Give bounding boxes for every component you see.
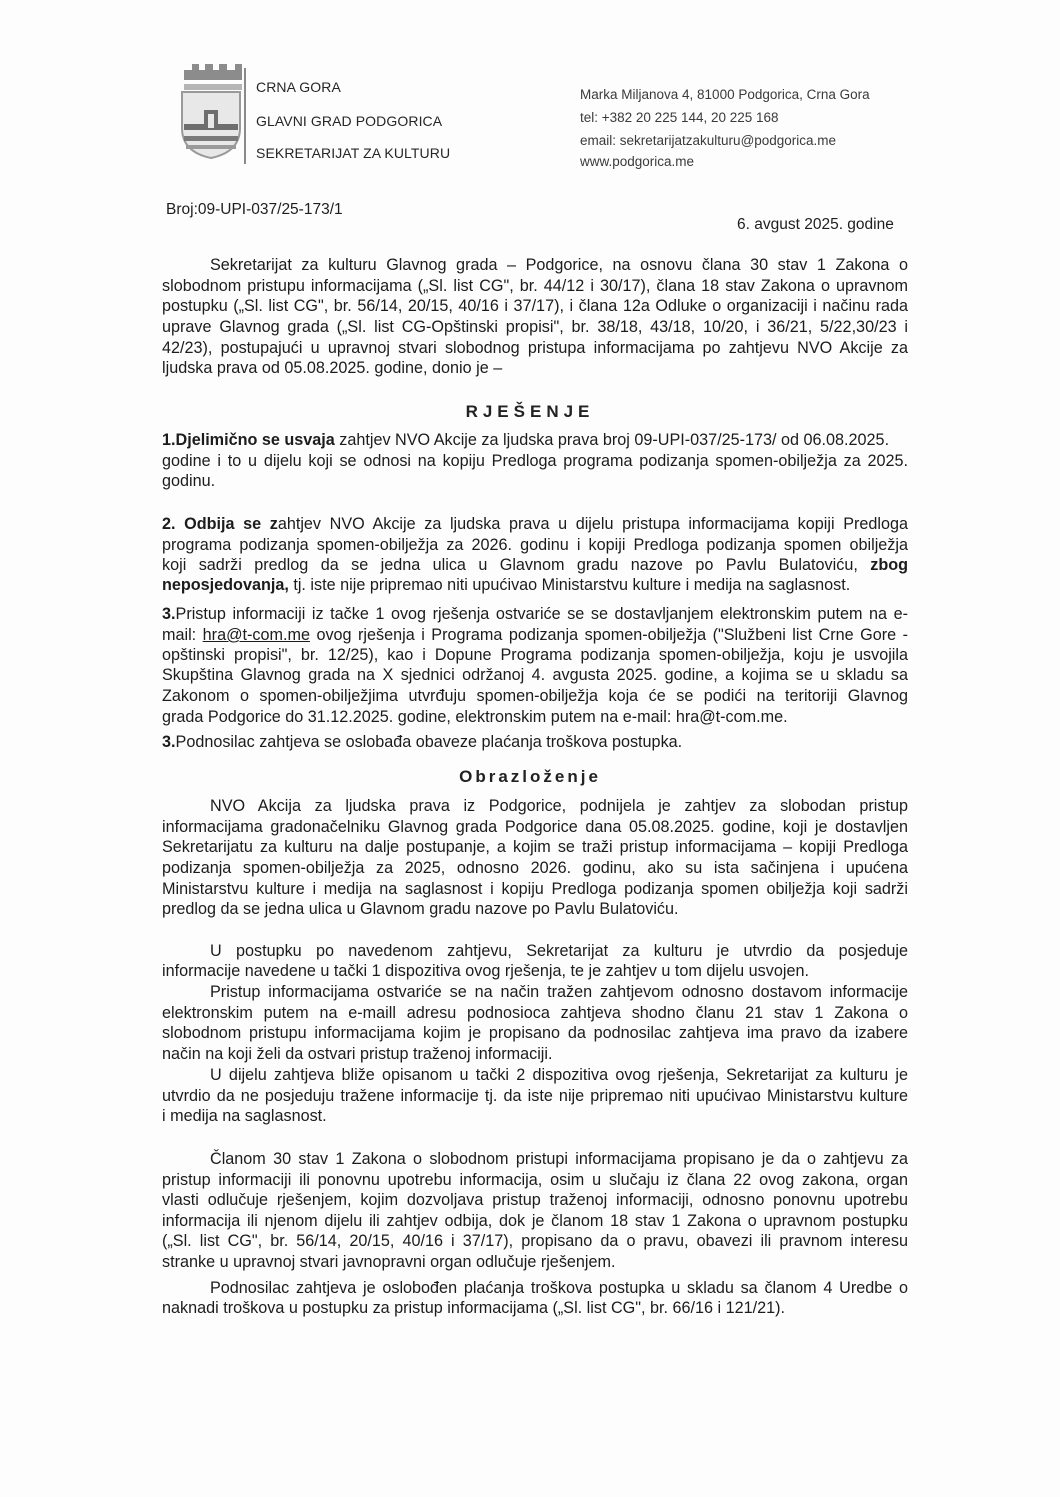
org-city: GLAVNI GRAD PODGORICA [256, 113, 442, 129]
point-1-line: godinu. [162, 472, 908, 490]
point-1-bold: 1.Djelimično se usvaja [162, 431, 335, 449]
point-3-line: opštinski propisi", br. 12/25), kao i Do… [162, 646, 908, 664]
email-link[interactable]: hra@t-com.me [203, 626, 310, 644]
reasoning-line: predlog da se jedna ulica u Glavnom grad… [162, 900, 908, 918]
contact-address: Marka Miljanova 4, 81000 Podgorica, Crna… [580, 87, 870, 102]
reasoning-line: Sekretarijatu za kulturu na dalje postup… [162, 838, 908, 856]
document-date: 6. avgust 2025. godine [737, 216, 894, 234]
reasoning-line: slobodnom pristupu informacijama kojim j… [162, 1024, 908, 1042]
reasoning-line: elektronskim putem na e-maill adresu pod… [162, 1004, 908, 1022]
point-3-line: Zakonom o spomen-obilježjima utvrđuju sp… [162, 687, 908, 705]
reasoning-heading: Obrazloženje [0, 767, 1060, 787]
point-3-line: 3.Pristup informaciji iz tačke 1 ovog rj… [162, 605, 908, 623]
reasoning-line: podizanja spomen-obilježja za 2025, odno… [162, 859, 908, 877]
org-secretariat: SEKRETARIJAT ZA KULTURU [256, 145, 450, 161]
reasoning-line: NVO Akcija za ljudska prava iz Podgorice… [162, 797, 908, 815]
point-3-line: mail: hra@t-com.me ovog rješenja i Progr… [162, 626, 908, 644]
reasoning-line: vlasti odlučuje rješenjem, kojim dozvolj… [162, 1191, 908, 1209]
decision-heading: RJEŠENJE [0, 402, 1060, 422]
reasoning-line: Podnosilac zahtjeva je oslobođen plaćanj… [162, 1279, 908, 1297]
org-country: CRNA GORA [256, 79, 341, 95]
reasoning-line: informacijama gradonačelniku Glavnog gra… [162, 818, 908, 836]
reasoning-line: naknadi troškova u postupku za pristup i… [162, 1299, 908, 1317]
point-1-line: 1.Djelimično se usvaja zahtjev NVO Akcij… [162, 431, 908, 449]
coat-of-arms-icon [178, 62, 244, 160]
reasoning-line: Članom 30 stav 1 Zakona o slobodnom pris… [162, 1150, 908, 1168]
point-2-line: neposjedovanja, tj. iste nije pripremao … [162, 576, 908, 594]
intro-line: slobodnom pristupu informacijama („Sl. l… [162, 277, 908, 295]
reasoning-line: („Sl. list CG", br. 56/14, 20/15, 40/16 … [162, 1232, 908, 1250]
contact-website: www.podgorica.me [580, 154, 694, 169]
document-number: Broj:09-UPI-037/25-173/1 [166, 201, 343, 219]
contact-tel: tel: +382 20 225 144, 20 225 168 [580, 110, 779, 125]
point-2-bold: 2. Odbija se z [162, 515, 278, 533]
reasoning-line: utvrdio da ne posjeduju tražene informac… [162, 1087, 908, 1105]
point-3-line: Skupština Glavnog grada na X sjednici od… [162, 666, 908, 684]
intro-line: uprave Glavnog grada („Sl. list CG-Opšti… [162, 318, 908, 336]
point-1-line: godine i to u dijelu koji se odnosi na k… [162, 452, 908, 470]
point-3-line: grada Podgorice do 31.12.2025. godine, e… [162, 708, 908, 726]
reasoning-line: i medija na saglasnost. [162, 1107, 908, 1125]
contact-email: email: sekretarijatzakulturu@podgorica.m… [580, 133, 836, 148]
intro-line: ljudska prava od 05.08.2025. godine, don… [162, 359, 908, 377]
point-2-line: programa podizanja spomen-obilježja za 2… [162, 536, 908, 554]
point-2-line: 2. Odbija se zahtjev NVO Akcije za ljuds… [162, 515, 908, 533]
intro-line: Sekretarijat za kulturu Glavnog grada – … [162, 256, 908, 274]
point-2-line: koji sadrži predlog da se jedna ulica u … [162, 556, 908, 574]
reasoning-line: pristup informaciji ili ponovnu upotrebu… [162, 1171, 908, 1189]
reasoning-line: stranke u upravnoj stvari javnopravni or… [162, 1253, 908, 1271]
reasoning-line: informacije navedene u tački 1 dispoziti… [162, 962, 908, 980]
document-page: CRNA GORA GLAVNI GRAD PODGORICA SEKRETAR… [0, 0, 1060, 1497]
reasoning-line: Pristup informacijama ostvariće se na na… [162, 983, 908, 1001]
reasoning-line: informacija ili njenom dijelu ili zahtje… [162, 1212, 908, 1230]
intro-line: 42/23), postupajući u upravnoj stvari sl… [162, 339, 908, 357]
reasoning-line: U postupku po navedenom zahtjevu, Sekret… [162, 942, 908, 960]
reasoning-line: Ministarstvu kulture i medija na saglasn… [162, 880, 908, 898]
point-4-line: 3.Podnosilac zahtjeva se oslobađa obavez… [162, 733, 908, 751]
reasoning-line: način na koji želi da ostvari pristup tr… [162, 1045, 908, 1063]
intro-line: postupku („Sl. list CG", br. 56/14, 20/1… [162, 297, 908, 315]
letterhead-divider [244, 68, 246, 164]
reasoning-line: U dijelu zahtjeva bliže opisanom u tački… [162, 1066, 908, 1084]
